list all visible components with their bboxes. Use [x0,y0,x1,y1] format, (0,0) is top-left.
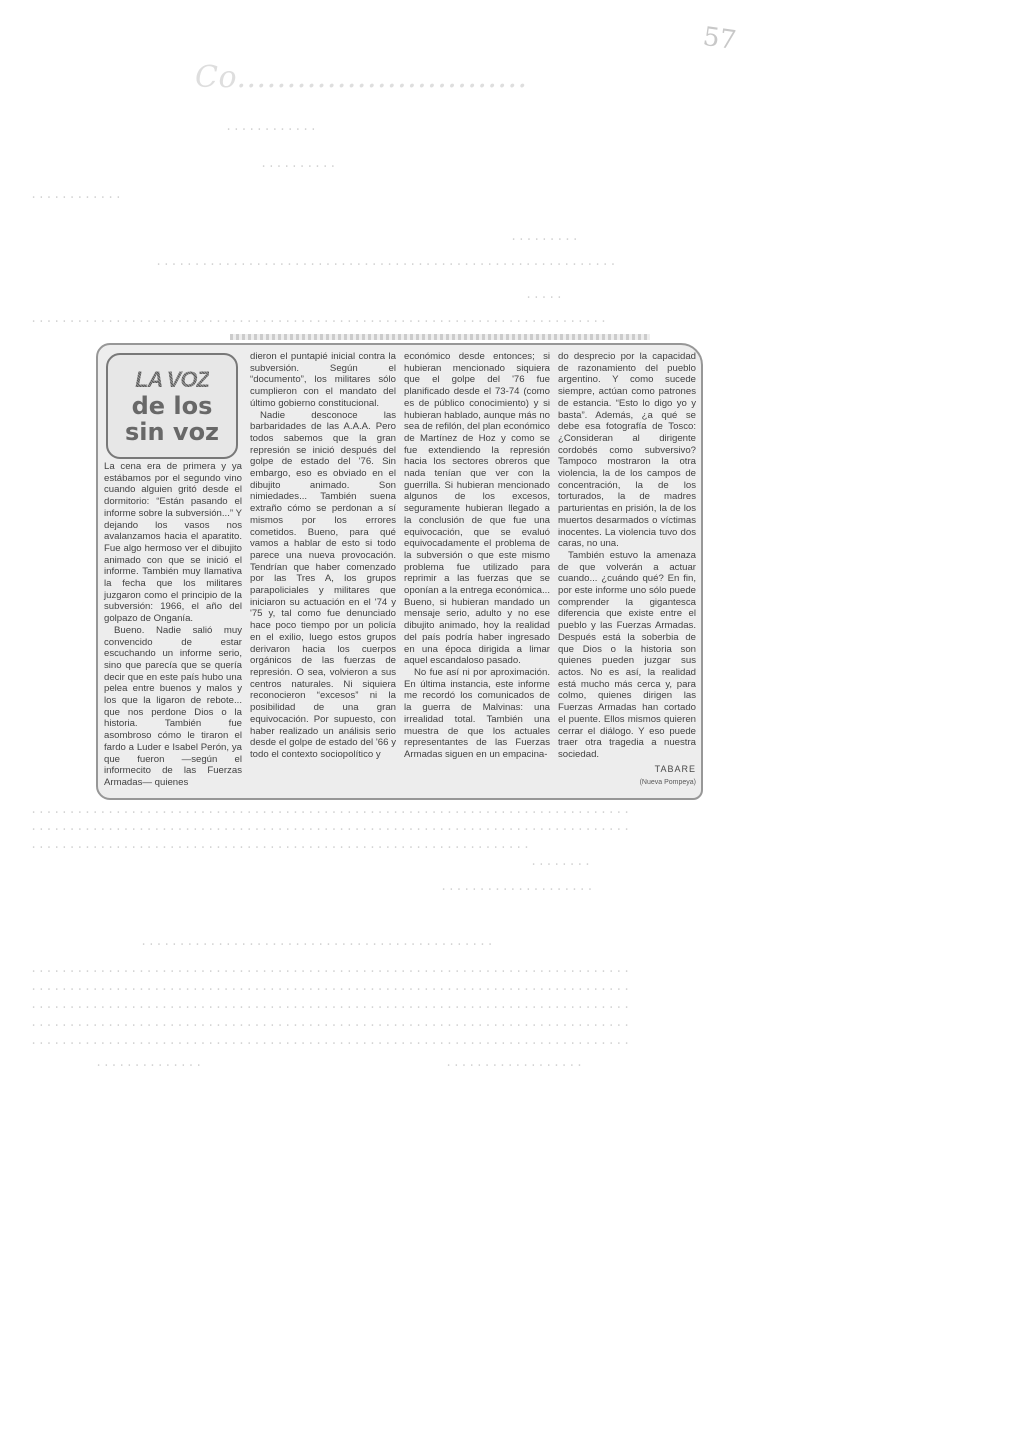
author-location: (Nueva Pompeya) [558,777,696,789]
clipping-edge [230,334,650,340]
paragraph: También estuvo la amenaza de que volverá… [558,550,696,761]
column-logo: LA VOZ de los sin voz [106,353,238,459]
faded-handwritten-header: Co............................. [195,60,625,95]
faded-line: ........................................… [30,1034,630,1048]
faded-line: ........................................… [30,803,630,817]
paragraph: do desprecio por la capacidad de razonam… [558,351,696,550]
paragraph: Nadie desconoce las barbaridades de las … [250,410,396,761]
paragraph: económico desde entonces; si hubieran me… [404,351,550,667]
faded-line: .................. [445,1056,625,1070]
paragraph: No fue así ni por aproximación. En últim… [404,667,550,761]
faded-line: ........................................… [30,998,630,1012]
logo-subtitle: sin voz [125,419,219,445]
faded-line: .......... [260,157,380,171]
page-number-mark: 57 [701,22,738,56]
logo-title: LA VOZ [135,367,209,393]
faded-line: ......... [510,230,630,244]
faded-line: ..... [525,288,595,302]
paragraph: dieron el puntapié inicial contra la sub… [250,351,396,410]
author-signature: TABARE [558,764,696,776]
faded-line: ............ [225,120,355,134]
article-column-2: dieron el puntapié inicial contra la sub… [250,351,396,761]
faded-line: .................... [440,880,630,894]
faded-line: ........................................… [30,1016,630,1030]
paragraph: La cena era de primera y ya estábamos po… [104,461,242,625]
faded-line: ........................................… [30,980,630,994]
faded-line: ........................................… [155,255,635,269]
article-column-4: do desprecio por la capacidad de razonam… [558,351,696,789]
article-column-1: La cena era de primera y ya estábamos po… [104,461,242,789]
logo-subtitle: de los [132,393,213,419]
faded-line: ........ [530,855,610,869]
newspaper-clipping: LA VOZ de los sin voz La cena era de pri… [96,343,703,800]
article-column-3: económico desde entonces; si hubieran me… [404,351,550,761]
faded-line: ........................................… [30,838,630,852]
faded-line: ........................................… [30,820,630,834]
faded-line: ........................................… [30,312,690,326]
paragraph: Bueno. Nadie salió muy convencido de est… [104,625,242,789]
faded-line: ............ [30,188,160,202]
faded-line: ........................................… [30,962,630,976]
faded-line: ........................................… [140,935,540,949]
faded-line: .............. [95,1056,235,1070]
